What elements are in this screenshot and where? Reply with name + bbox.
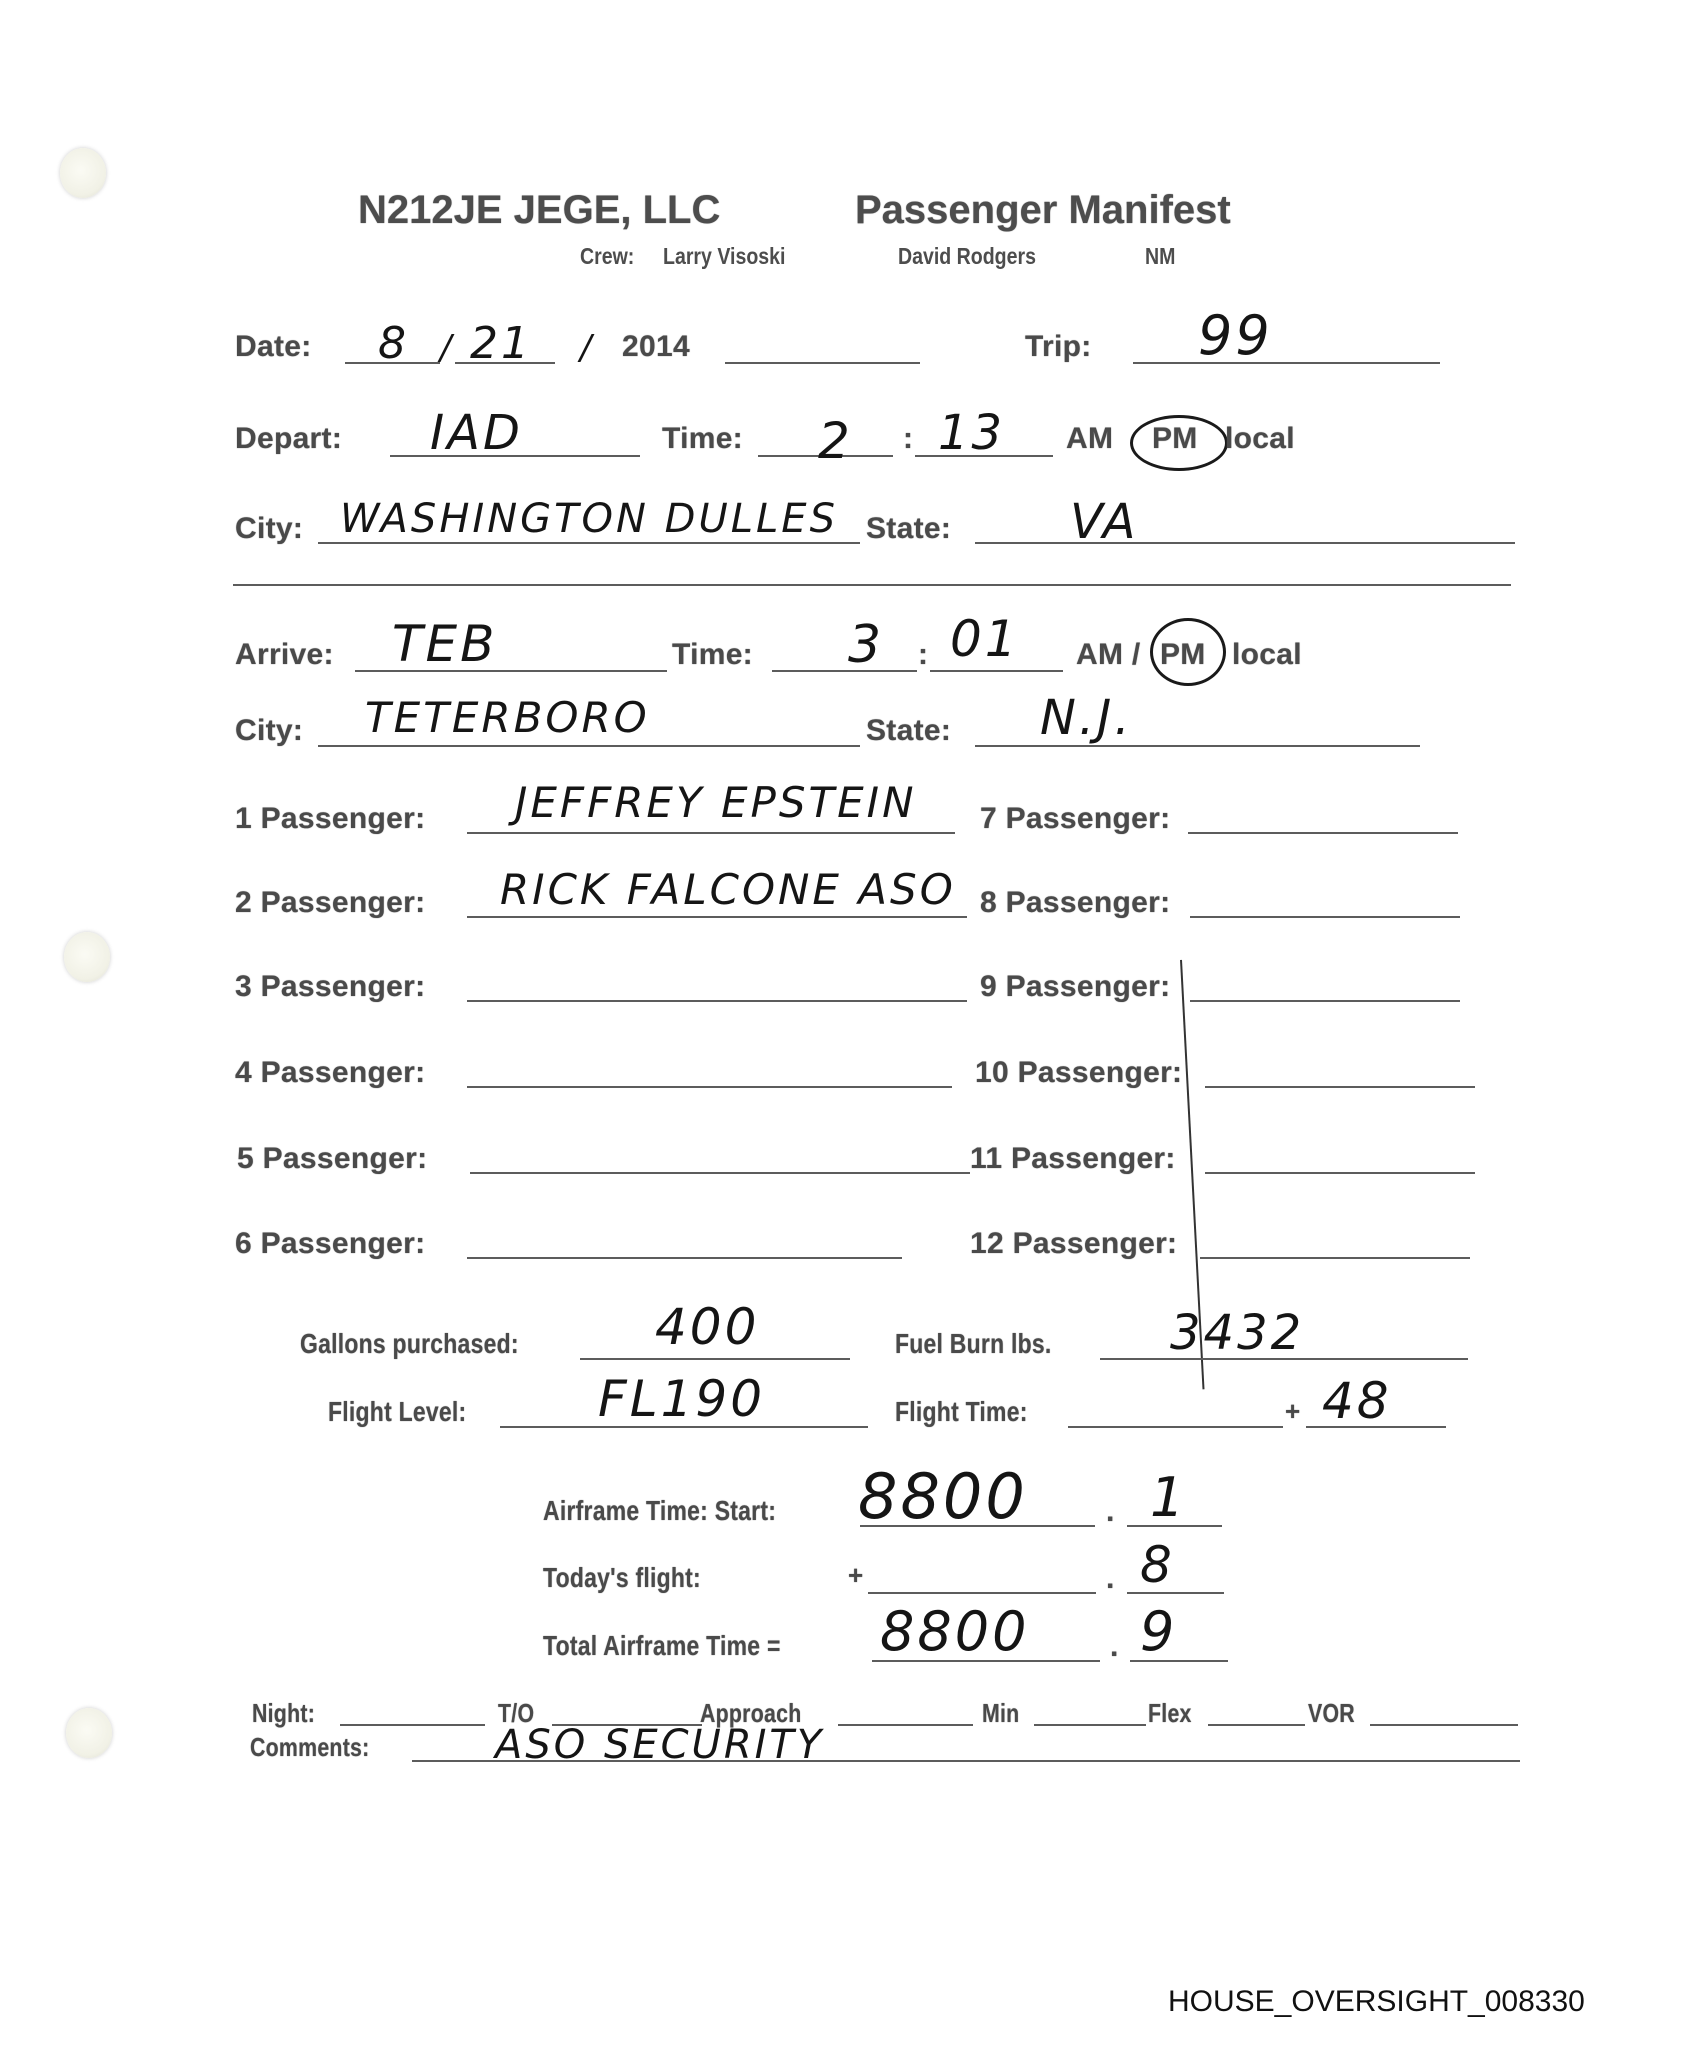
passenger-12-label: 12 Passenger: [970,1227,1177,1261]
crew-member-3: NM [1145,243,1175,270]
arrive-minute-field[interactable] [930,670,1063,672]
passenger-7-label: 7 Passenger: [980,802,1170,836]
todays-flight-whole-field[interactable] [868,1592,1096,1594]
crew-member-2: David Rodgers [898,243,1036,270]
passenger-3-field[interactable] [467,1000,967,1002]
vor-label: VOR [1308,1698,1355,1729]
gallons-value: 400 [655,1298,759,1356]
form-title: Passenger Manifest [855,188,1231,233]
depart-state-label: State: [866,512,951,546]
passenger-11-field[interactable] [1205,1172,1475,1174]
passenger-9-label: 9 Passenger: [980,970,1170,1004]
airframe-start-dot: . [1106,1495,1115,1529]
date-year-value: 2014 [622,330,690,364]
passenger-3-label: 3 Passenger: [235,970,425,1004]
tail-company-title: N212JE JEGE, LLC [358,188,720,233]
comments-value: ASO SECURITY [495,1722,824,1768]
comments-label: Comments: [250,1732,369,1763]
depart-time-label: Time: [662,422,743,456]
todays-flight-plus: + [848,1560,863,1591]
arrive-state-value: N.J. [1040,690,1133,746]
depart-airport-value: IAD [430,405,523,461]
passenger-4-label: 4 Passenger: [235,1056,425,1090]
date-label: Date: [235,330,312,364]
flex-field[interactable] [1208,1724,1305,1726]
passenger-1-name: JEFFREY EPSTEIN [515,778,917,827]
depart-pm-selected-circle[interactable] [1130,415,1228,471]
trip-value: 99 [1198,304,1273,367]
approach-field[interactable] [838,1724,973,1726]
gallons-field[interactable] [580,1358,850,1360]
passenger-12-field[interactable] [1200,1257,1470,1259]
depart-state-field[interactable] [975,542,1515,544]
min-label: Min [982,1698,1019,1729]
trip-field[interactable] [1133,362,1440,364]
depart-state-value: VA [1070,494,1138,550]
date-separator-1: / [440,328,454,368]
arrive-minute-value: 01 [950,610,1020,668]
night-field[interactable] [340,1724,485,1726]
depart-minute-value: 13 [938,405,1005,461]
todays-flight-label: Today's flight: [543,1562,701,1594]
arrive-pm-selected-circle[interactable] [1150,618,1226,686]
passenger-11-label: 11 Passenger: [970,1142,1176,1176]
min-field[interactable] [1034,1724,1146,1726]
arrive-city-field[interactable] [318,745,860,747]
night-label: Night: [252,1698,315,1729]
passenger-4-field[interactable] [467,1086,952,1088]
punch-hole-middle [64,932,110,982]
depart-local-label: local [1225,422,1295,456]
date-separator-2: / [580,328,594,368]
flight-level-value: FL190 [598,1370,765,1428]
flight-time-plus: + [1285,1396,1300,1427]
depart-city-label: City: [235,512,303,546]
fuel-burn-label: Fuel Burn lbs. [895,1328,1052,1360]
passenger-1-field[interactable] [467,832,955,834]
depart-time-colon: : [903,422,913,456]
arrive-label: Arrive: [235,638,334,672]
arrive-hour-field[interactable] [772,670,917,672]
airframe-start-label: Airframe Time: Start: [543,1495,776,1527]
total-airframe-dot: . [1110,1630,1119,1664]
fuel-burn-value: 3432 [1170,1305,1304,1361]
passenger-2-name: RICK FALCONE ASO [500,865,956,914]
gallons-label: Gallons purchased: [300,1328,519,1360]
arrive-city-label: City: [235,714,303,748]
depart-hour-value: 2 [818,412,853,470]
passenger-1-label: 1 Passenger: [235,802,425,836]
arrive-local-label: local [1232,638,1302,672]
total-airframe-label: Total Airframe Time = [543,1630,781,1662]
flight-level-label: Flight Level: [328,1396,466,1428]
passenger-9-field[interactable] [1190,1000,1460,1002]
passenger-7-field[interactable] [1188,832,1458,834]
vor-field[interactable] [1370,1724,1518,1726]
passenger-6-label: 6 Passenger: [235,1227,425,1261]
arrive-time-label: Time: [672,638,753,672]
total-airframe-whole-value: 8800 [880,1600,1029,1663]
arrive-city-value: TETERBORO [365,693,650,742]
passenger-8-field[interactable] [1190,916,1460,918]
flex-label: Flex [1148,1698,1192,1729]
depart-city-field[interactable] [318,542,860,544]
passenger-5-field[interactable] [470,1172,970,1174]
trip-label: Trip: [1025,330,1092,364]
passenger-6-field[interactable] [467,1257,902,1259]
airframe-start-tenth-value: 1 [1150,1466,1187,1529]
date-day-value: 21 [470,318,532,369]
punch-hole-top [60,148,106,198]
passenger-10-label: 10 Passenger: [975,1056,1182,1090]
flight-time-label: Flight Time: [895,1396,1028,1428]
passenger-2-label: 2 Passenger: [235,886,425,920]
punch-hole-bottom [66,1708,112,1758]
arrive-am-label: AM / [1076,638,1141,672]
passenger-10-field[interactable] [1205,1086,1475,1088]
flight-time-hours-field[interactable] [1068,1426,1283,1428]
crew-label: Crew: [580,243,634,270]
date-month-value: 8 [378,318,409,369]
arrive-time-colon: : [918,638,928,672]
crew-member-1: Larry Visoski [663,243,785,270]
airframe-start-whole-value: 8800 [858,1460,1028,1533]
depart-city-value: WASHINGTON DULLES [340,496,838,542]
separator-line [233,584,1511,586]
depart-am-label: AM [1066,422,1113,456]
depart-label: Depart: [235,422,342,456]
date-year-field[interactable] [725,362,920,364]
arrive-airport-value: TEB [392,615,497,673]
todays-flight-tenth-value: 8 [1140,1536,1175,1594]
passenger-2-field[interactable] [467,916,967,918]
arrive-hour-value: 3 [848,615,884,675]
total-airframe-tenth-value: 9 [1140,1600,1177,1663]
passenger-8-label: 8 Passenger: [980,886,1170,920]
passenger-5-label: 5 Passenger: [237,1142,427,1176]
arrive-state-label: State: [866,714,951,748]
todays-flight-dot: . [1106,1562,1115,1596]
bates-number: HOUSE_OVERSIGHT_008330 [1168,1985,1585,2019]
flight-time-minutes-value: 48 [1322,1372,1392,1430]
